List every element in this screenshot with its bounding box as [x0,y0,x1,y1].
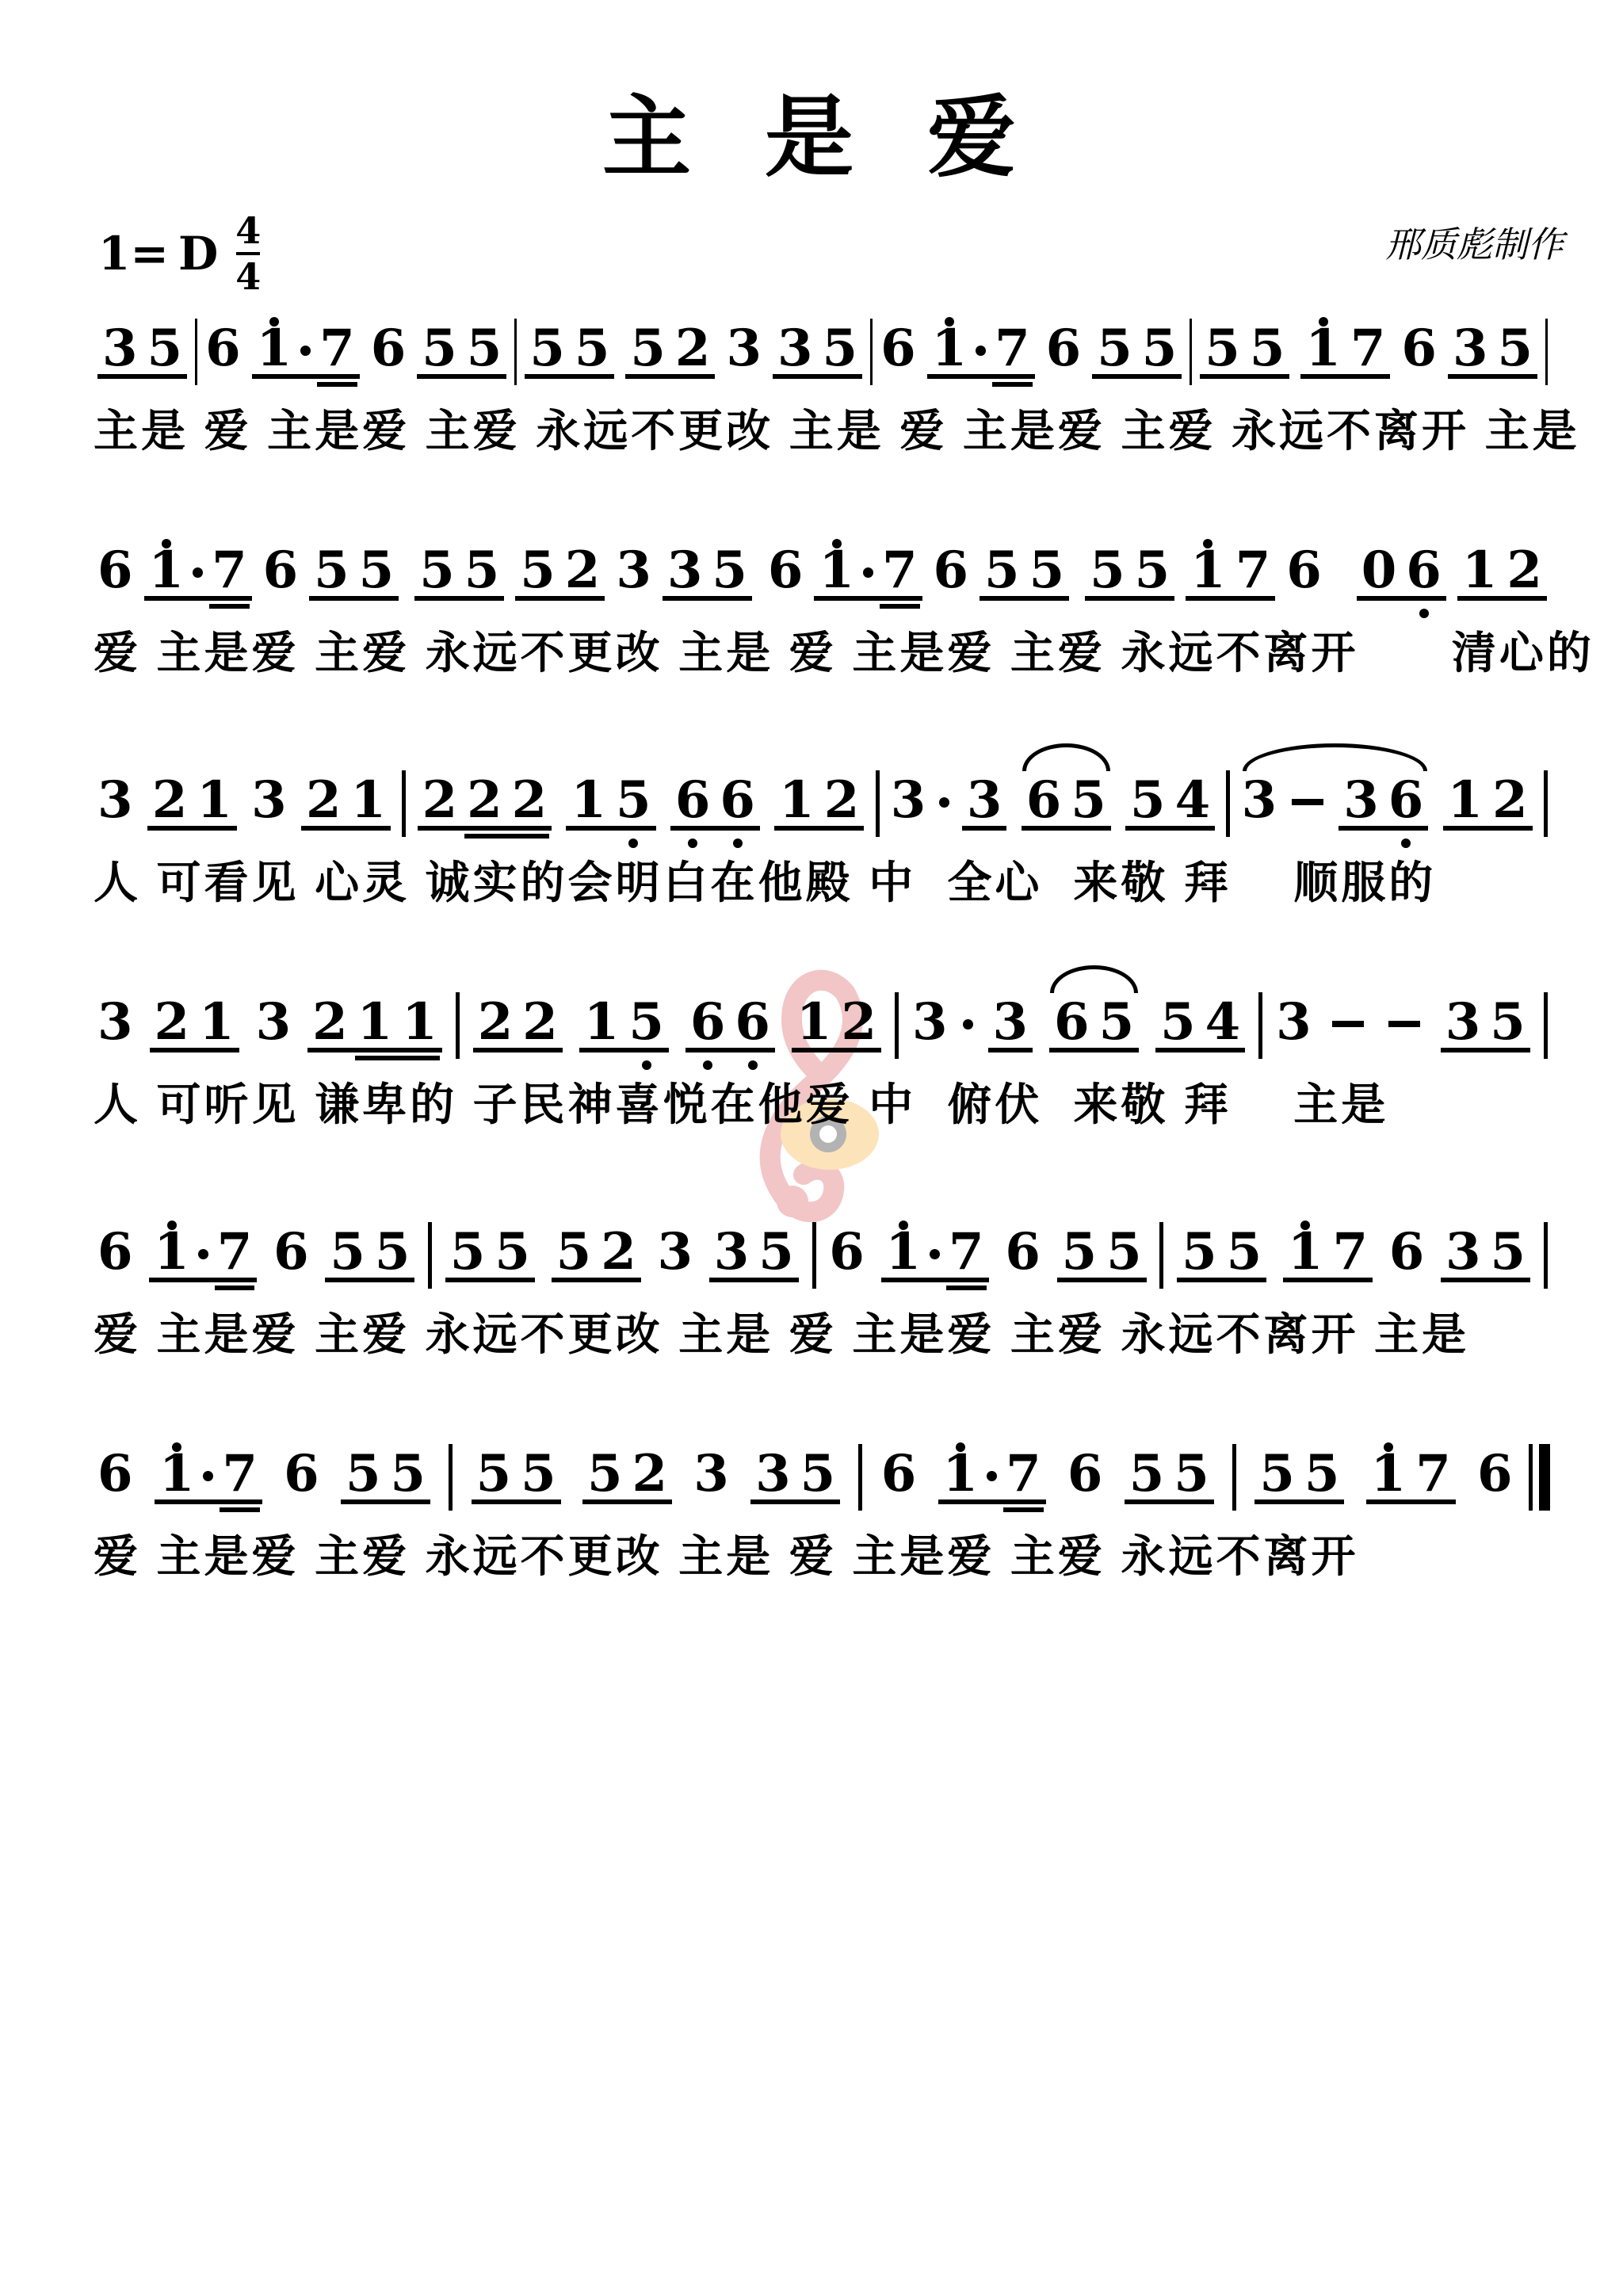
note-digit: 6 [1067,1444,1103,1503]
note-digit: 5 [800,1444,836,1503]
note: 2 [824,775,860,826]
barline [1544,992,1548,1059]
note-digit: 3 [616,541,651,600]
beam-group: 15 [579,997,669,1052]
beam-group: 52 [625,323,715,379]
key-signature: 1= D 4 4 [98,212,261,295]
note: 3 [102,323,138,374]
note: 1 [402,997,437,1048]
final-bar-thin [1529,1444,1533,1511]
note: 6 [1477,1449,1513,1499]
note: 1 [199,997,235,1048]
beam-group: 36 [1338,775,1428,831]
time-signature: 4 4 [235,212,261,295]
high-octave-dot [956,1442,965,1452]
note-digit: 4 [1175,770,1211,830]
note-digit: 3 [1276,992,1312,1052]
augmentation-dot [193,567,203,578]
jianpu-notation: 61765555523356176555517635 [92,1227,1550,1303]
note: 3 [1276,997,1312,1048]
barline [195,319,197,385]
note: 5 [147,323,183,374]
augmentation-dot [963,1019,973,1030]
note: 5 [1106,1227,1142,1278]
note: 1 [357,997,393,1048]
note: 3 [1242,775,1277,826]
note: 7 [949,1227,984,1278]
lyrics-line: 主是 爱 主是爱 主爱 永远不更改 主是 爱 主是爱 主爱 永远不离开 主是 [92,406,1550,457]
note: 5 [1490,997,1526,1048]
barline [456,992,460,1059]
note-digit: 1 [571,770,606,830]
note-digit: 2 [824,770,860,830]
note-digit: 3 [1453,319,1488,378]
note: 7 [212,545,247,596]
note: 0 [1361,545,1397,596]
note-digit: 5 [1090,541,1125,600]
beam-group: 3 [962,775,1007,831]
slur-group: 65 [1044,997,1144,1052]
sixteenth-group: 11 [353,997,442,1048]
note-digit: 6 [1054,992,1090,1052]
slur-group: 336 [1236,775,1434,831]
note: 3 [891,775,926,826]
note-digit: 7 [1006,1444,1041,1503]
note: 1 [154,1227,189,1278]
jianpu-notation: 321321122156612336554335 [92,997,1550,1073]
note-digit: 1 [886,1222,922,1282]
note-digit: 5 [346,1444,381,1503]
note-digit: 5 [1062,1222,1098,1282]
note-digit: 6 [1389,1222,1425,1282]
note-digit: 6 [371,319,407,378]
beam-group: 17 [938,1449,1046,1504]
jianpu-notation: 3561765555523356176555517635 [92,323,1550,399]
high-octave-dot [945,317,954,327]
note: 3 [1445,997,1481,1048]
note: 5 [464,545,500,596]
note-digit: 7 [1415,1444,1451,1503]
note-digit: 1 [402,992,437,1052]
note: 5 [495,1227,530,1278]
note: 1 [257,323,292,374]
jianpu-notation: 32132122215661233655433612 [92,775,1550,851]
note: 3 [97,775,133,826]
note-digit: 1 [943,1444,979,1503]
note: 1 [1448,775,1484,826]
beam-group: 35 [709,1227,799,1282]
note-digit: 5 [1304,1444,1340,1503]
note-digit: 6 [97,1222,133,1282]
beam-group: 55 [341,1449,430,1504]
beam-group: 17 [1186,545,1275,601]
note: 6 [1389,1227,1425,1278]
note: 5 [712,545,747,596]
note-digit: 6 [880,319,916,378]
note-digit: 3 [912,992,948,1052]
beam-group: 52 [552,1227,641,1282]
note-digit: 5 [476,1444,512,1503]
note: 5 [1029,545,1065,596]
sixteenth-group: 7 [217,1449,262,1499]
note-digit: 5 [467,319,502,378]
note-digit: 5 [1029,541,1065,600]
note-digit: 5 [450,1222,486,1282]
note: 1 [571,775,606,826]
note-digit: 3 [726,319,762,378]
note-digit: 7 [217,1222,253,1282]
barline [876,770,880,837]
note-digit: 1 [1462,541,1498,600]
high-octave-dot [167,1221,177,1230]
note-digit: 1 [199,992,235,1052]
note: 5 [1250,323,1285,374]
note: 1 [197,775,232,826]
note-digit: 1 [351,770,387,830]
note-digit: 5 [587,1444,623,1503]
note-digit: 7 [1350,319,1386,378]
low-octave-dot [1419,609,1429,618]
note-digit: 5 [1205,319,1240,378]
barline [895,992,899,1059]
high-octave-dot [899,1221,908,1230]
note-digit: 3 [967,770,1002,830]
note: 5 [375,1227,411,1278]
notation-line-6: 617655555233561765555176爱 主是爱 主爱 永远不更改 主… [92,1449,1550,1582]
note-digit: 2 [675,319,711,378]
lyrics-line: 人 可看见 心灵 诚实的会明白在他殿 中 全心 来敬 拜 顺服的 [92,858,1550,908]
note: 4 [1175,775,1211,826]
barline [812,1222,816,1289]
note: 7 [1415,1449,1451,1499]
note: 2 [522,997,558,1048]
note-digit: 6 [284,1444,319,1503]
note-digit: 5 [1106,1222,1142,1282]
note-digit: 5 [630,319,666,378]
note-digit: 6 [1406,541,1442,600]
sixteenth-group: 7 [212,1227,258,1278]
note-digit: 6 [1401,319,1437,378]
beam-group: 55 [1177,1227,1266,1282]
note: 1 [584,997,620,1048]
note: 6 [1026,775,1062,826]
key-tonic: 1= [98,231,169,277]
note: 1 [1288,1227,1323,1278]
beam-group: 65 [1022,775,1111,831]
music-sheet-page: 主 是 爱 1= D 4 4 邢质彪制作 3561765555523356176… [0,0,1623,2296]
beam-group: 17 [1300,323,1390,379]
low-octave-dot [1401,839,1411,848]
beam-group: 12 [792,997,881,1052]
note-digit: 5 [520,541,556,600]
beam-group: 55 [1254,1449,1344,1504]
note-digit: 3 [714,1222,750,1282]
note-digit: 1 [154,1222,189,1282]
note: 5 [1205,323,1240,374]
note-digit: 1 [1190,541,1226,600]
note: 5 [422,323,457,374]
high-octave-dot [162,539,171,548]
note: 6 [284,1449,319,1499]
note-digit: 6 [720,770,755,830]
note: 6 [1388,775,1424,826]
beam-group: 55 [1057,1227,1147,1282]
note-digit: 5 [712,541,747,600]
augmentation-dot [863,567,873,578]
note: 3 [693,1449,729,1499]
beam-group: 55 [980,545,1069,601]
barline [1232,1444,1236,1511]
barline [1159,1222,1163,1289]
note-digit: 2 [312,992,348,1052]
note: 5 [1071,775,1106,826]
note-digit: 2 [512,770,548,830]
note: 5 [1497,323,1533,374]
note-digit: 5 [1182,1222,1217,1282]
beam-group: 12 [1443,775,1533,831]
note-digit: 2 [422,770,458,830]
note-digit: 6 [735,992,770,1052]
note: 6 [768,545,804,596]
beam-group: 52 [515,545,605,601]
note-digit: 6 [273,1222,309,1282]
note: 7 [882,545,918,596]
beam-group: 12 [1457,545,1547,601]
note-digit: 3 [993,992,1029,1052]
note-digit: 5 [419,541,455,600]
lyrics-line: 爱 主是爱 主爱 永远不更改 主是 爱 主是爱 主爱 永远不离开 [92,1531,1550,1582]
note: 6 [1286,545,1322,596]
augmentation-dot [939,797,949,808]
note-digit: 5 [464,541,500,600]
beam-group: 17 [149,1227,257,1282]
note: 2 [841,997,876,1048]
note: 3 [993,997,1029,1048]
note: 5 [1099,997,1135,1048]
note: 1 [796,997,832,1048]
augmentation-dot [198,1249,208,1259]
beam-group: 55 [472,1449,561,1504]
note-digit: 5 [984,541,1020,600]
note-digit: 6 [205,319,241,378]
beam-group: 54 [1125,775,1215,831]
low-octave-dot [733,839,743,848]
note-digit: 7 [1235,541,1271,600]
note: 1 [779,775,815,826]
note: 3 [714,1227,750,1278]
beam-group: 54 [1155,997,1245,1052]
note: 3 [726,323,762,374]
jianpu-notation: 617655555233561765555176 [92,1449,1550,1525]
note-digit: 1 [1305,319,1341,378]
note: 5 [520,545,556,596]
note: 2 [601,1227,636,1278]
note: 3 [755,1449,791,1499]
augmentation-dot [300,346,311,356]
note: 2 [422,775,458,826]
note: 1 [1190,545,1226,596]
note-digit: 6 [1286,541,1322,600]
notation-line-3: 32132122215661233655433612人 可看见 心灵 诚实的会明… [92,775,1550,908]
note: 5 [1304,1449,1340,1499]
note-digit: 7 [319,319,355,378]
note: 5 [1142,323,1178,374]
note-digit: 6 [1026,770,1062,830]
note-digit: 2 [1492,770,1528,830]
note: 6 [1067,1449,1103,1499]
note-digit: 5 [1491,1222,1526,1282]
note: 5 [984,545,1020,596]
note: 1 [159,1449,195,1499]
beam-group: 17 [1283,1227,1373,1282]
beam-group: 12 [774,775,864,831]
note-digit: 5 [1135,541,1170,600]
beam-group: 35 [1441,997,1530,1052]
note: 6 [881,1449,917,1499]
note-digit: 5 [495,1222,530,1282]
beam-group: 55 [414,545,504,601]
note-digit: 5 [359,541,395,600]
beam-group: 17 [881,1227,989,1282]
jianpu-notation: 6176555552335617655551760612 [92,545,1550,621]
beam-group: 17 [252,323,360,379]
final-barline [1529,1444,1550,1511]
note: 3 [912,997,948,1048]
note-digit: 5 [616,770,651,830]
note-digit: 5 [1497,319,1533,378]
beam-group: 35 [663,545,752,601]
clef-blob [777,1186,808,1217]
note: 3 [1343,775,1379,826]
note-digit: 1 [257,319,292,378]
note-digit: 5 [1490,992,1526,1052]
note-digit: 5 [575,319,610,378]
note: 2 [155,997,190,1048]
notation-line-1: 3561765555523356176555517635主是 爱 主是爱 主爱 … [92,323,1550,457]
note-digit: 5 [1174,1444,1209,1503]
note-digit: 5 [1250,319,1285,378]
note-digit: 5 [1129,1444,1165,1503]
note: 6 [263,545,299,596]
note-digit: 3 [1343,770,1379,830]
beam-group: 55 [525,323,614,379]
note-digit: 6 [675,770,711,830]
notation-line-5: 61765555523356176555517635爱 主是爱 主爱 永远不更改… [92,1227,1550,1360]
lyrics-line: 爱 主是爱 主爱 永远不更改 主是 爱 主是爱 主爱 永远不离开 主是 [92,1309,1550,1360]
note-digit: 2 [1507,541,1542,600]
meter-numerator: 4 [235,212,261,249]
note: 5 [1227,1227,1262,1278]
note: 5 [1097,323,1132,374]
barline [1544,770,1548,837]
note: 2 [152,775,188,826]
low-octave-dot [688,839,697,848]
barline [1545,319,1548,385]
note: 5 [587,1449,623,1499]
note-digit: 2 [841,992,876,1052]
note-digit: 5 [529,319,565,378]
note-digit: 0 [1361,541,1397,600]
beam-group: 35 [1448,323,1537,379]
note: 5 [1160,997,1196,1048]
dash-note [1292,799,1323,805]
augmentation-dot [976,346,986,356]
note-digit: 3 [1242,770,1277,830]
note: 6 [880,323,916,374]
high-octave-dot [172,1442,181,1452]
note: 1 [1462,545,1498,596]
dash-note [1388,1021,1420,1027]
note-digit: 5 [758,1222,794,1282]
augmentation-dot [987,1471,997,1481]
beam-group: 35 [773,323,862,379]
barline [1190,319,1192,385]
beam-group: 55 [1125,1449,1214,1504]
note: 5 [1174,1449,1209,1499]
note: 2 [312,997,348,1048]
note: 6 [371,323,407,374]
note: 5 [450,1227,486,1278]
beam-group: 55 [1200,323,1289,379]
note-digit: 7 [949,1222,984,1282]
note: 2 [1492,775,1528,826]
note: 7 [995,323,1030,374]
note: 5 [1259,1449,1295,1499]
note: 5 [314,545,349,596]
note: 5 [521,1449,556,1499]
low-octave-dot [628,839,638,848]
note-digit: 6 [690,992,726,1052]
beam-group: 55 [1085,545,1174,601]
note-digit: 7 [212,541,247,600]
song-title: 主 是 爱 [0,94,1623,182]
note: 2 [512,775,548,826]
note-digit: 2 [155,992,190,1052]
note: 3 [967,775,1002,826]
note: 5 [1182,1227,1217,1278]
beam-group: 21 [147,775,237,831]
note: 5 [556,1227,592,1278]
sixteenth-group: 22 [462,775,552,826]
final-bar-thick [1539,1444,1550,1511]
note: 5 [575,323,610,374]
note-digit: 6 [1046,319,1082,378]
note: 3 [97,997,133,1048]
note-digit: 6 [1005,1222,1041,1282]
note-digit: 5 [521,1444,556,1503]
note-digit: 5 [1259,1444,1295,1503]
high-octave-dot [1300,1221,1310,1230]
note-digit: 2 [565,541,601,600]
note: 5 [823,323,858,374]
note-digit: 3 [251,770,287,830]
note: 5 [1491,1227,1526,1278]
note: 6 [273,1227,309,1278]
note: 6 [1401,323,1437,374]
beam-group: 222 [418,775,552,831]
meter-denominator: 4 [235,258,261,295]
note-digit: 1 [197,770,232,830]
note: 5 [419,545,455,596]
note: 5 [1129,1449,1165,1499]
beam-group: 55 [309,545,399,601]
note-digit: 2 [522,992,558,1052]
beam-group: 15 [566,775,655,831]
note-digit: 5 [147,319,183,378]
note-digit: 6 [1477,1444,1513,1503]
barline [1226,770,1230,837]
note: 1 [1371,1449,1407,1499]
